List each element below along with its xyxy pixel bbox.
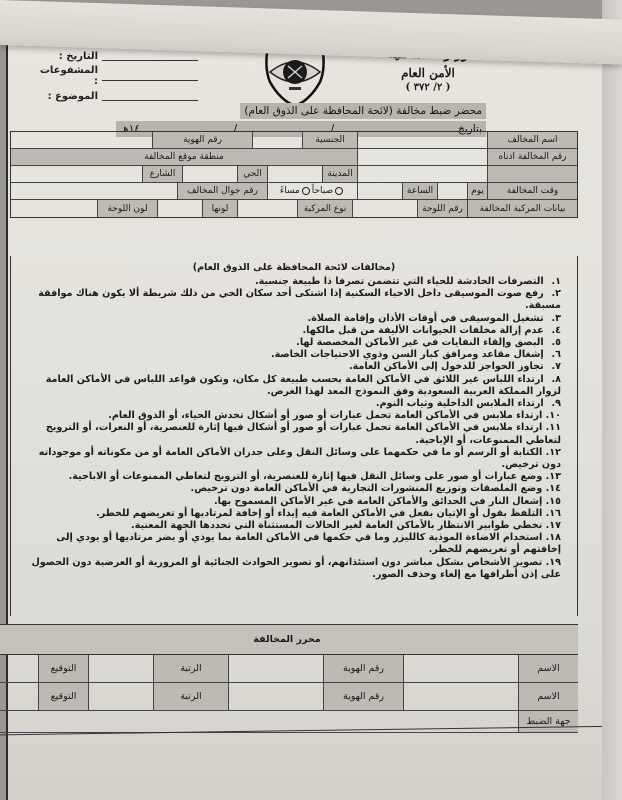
row-vehicle: بيانات المركبة المخالفة رقم اللوحة نوع ا… [11, 200, 577, 217]
officer-section-title: محرر المخالفة [0, 625, 578, 655]
date-label: التاريخ : [38, 51, 98, 62]
item-text: الكتابة أو الرسم أو ما في حكمهما على وسا… [39, 447, 561, 470]
violation-number-label: رقم المخالفة اذناه [487, 149, 577, 165]
violation-item: ٣. تشغيل الموسيقى في أوقات الأذان وإقامة… [19, 313, 561, 325]
row-name: اسم المخالف الجنسية رقم الهوية [11, 132, 577, 149]
officer-signature-label: التوقيع [38, 683, 88, 710]
officer-name-label: الاسم [518, 683, 578, 710]
officer-name-field[interactable] [403, 683, 518, 710]
item-text: وضع الملصقات وتوزيع المنشورات التجارية ف… [191, 483, 543, 494]
violation-item: ١١. ارتداء ملابس في الأماكن العامة تحمل … [19, 422, 561, 446]
violator-name-label: اسم المخالف [487, 132, 577, 148]
item-number: ٢. [547, 288, 561, 300]
city-label: المدينة [322, 166, 357, 182]
location-area-label: منطقة موقع المخالفة [11, 149, 357, 165]
item-text: ارتداء اللباس غير اللائق في الأماكن العا… [46, 374, 561, 397]
violation-number-field-cont[interactable] [357, 166, 487, 182]
item-text: البصق وإلقاء النفايات في غير الأماكن الم… [296, 337, 543, 348]
violation-item: ٨. ارتداء اللباس غير اللائق في الأماكن ا… [19, 374, 561, 398]
morning-radio[interactable] [335, 187, 343, 195]
item-number: ١٦. [546, 508, 561, 520]
subject-label: الموضوع : [38, 91, 98, 102]
violation-item: ١٦. التلفظ بقول أو الإتيان بفعل في الأما… [19, 508, 561, 520]
violation-item: ٢. رفع صوت الموسيقى داخل الاحياء السكنية… [19, 288, 561, 312]
officer-rank-field[interactable] [88, 683, 153, 710]
item-number: ٩. [547, 398, 561, 410]
item-text: تشغيل الموسيقى في أوقات الأذان وإقامة ال… [308, 313, 544, 324]
mobile-label: رقم جوال المخالف [177, 183, 267, 199]
item-text: وضع عبارات أو صور على وسائل النقل فيها إ… [69, 471, 543, 482]
attachments-line[interactable] [102, 71, 198, 81]
id-number-field[interactable] [11, 132, 152, 148]
item-text: إشعال النار في الحدائق والأماكن العامة ف… [214, 496, 542, 507]
evening-radio[interactable] [302, 187, 310, 195]
officer-id-field[interactable] [228, 655, 323, 682]
officer-signature-label: التوقيع [38, 655, 88, 682]
violation-number-label-cont [487, 166, 577, 182]
item-number: ٧. [547, 361, 561, 373]
violation-item: ١. التصرفات الخادشة للحياء التي تتضمن تص… [19, 276, 561, 288]
item-text: إشغال مقاعد ومرافق كبار السن وذوي الاحتي… [271, 349, 544, 360]
item-text: تصوير الأشخاص بشكل مباشر دون استئذانهم، … [31, 557, 561, 580]
violator-name-field[interactable] [357, 132, 487, 148]
vehicle-data-label: بيانات المركبة المخالفة [467, 200, 577, 217]
item-text: تخطي طوابير الانتظار بالأماكن العامة لغي… [131, 520, 542, 531]
officer-rank-field[interactable] [88, 655, 153, 682]
item-text: استخدام الاضاءة الموذية كالليزر وما في ح… [56, 532, 561, 555]
item-number: ١٤. [546, 483, 561, 495]
form-code: ( ٢/ ٣٧٢ ) [368, 82, 488, 93]
violation-item: ١٥. إشعال النار في الحدائق والأماكن العا… [19, 496, 561, 508]
nationality-label: الجنسية [302, 132, 357, 148]
district-field[interactable] [182, 166, 237, 182]
day-label: يوم [467, 183, 487, 199]
attachments-label: المشفوعات : [38, 65, 98, 87]
nationality-field[interactable] [252, 132, 302, 148]
header-meta-fields: التاريخ : المشفوعات : الموضوع : [38, 46, 198, 106]
violation-item: ١٩. تصوير الأشخاص بشكل مباشر دون استئذان… [19, 557, 561, 581]
item-number: ٣. [547, 313, 561, 325]
officer-id-field[interactable] [228, 683, 323, 710]
plate-number-field[interactable] [352, 200, 417, 217]
item-number: ١٣. [546, 471, 561, 483]
subject-line[interactable] [102, 91, 198, 101]
hour-label: الساعة [402, 183, 437, 199]
item-number: ١. [547, 276, 561, 288]
violations-section: (مخالفات لائحة المحافظة على الذوق العام)… [10, 256, 578, 616]
row-time: وقت المخالفة يوم الساعة صباحاً مساءً رقم… [11, 183, 577, 200]
item-text: ارتداء الملابس الداخلية وثياب النوم. [376, 398, 544, 409]
plate-color-label: لون اللوحة [97, 200, 157, 217]
violation-item: ١٠. ارتداء ملابس في الأماكن العامة تحمل … [19, 410, 561, 422]
mobile-field[interactable] [11, 183, 177, 199]
violation-number-field[interactable] [357, 149, 487, 165]
item-text: ارتداء ملابس في الأماكن العامة تحمل عبار… [46, 422, 561, 445]
violations-list: ١. التصرفات الخادشة للحياء التي تتضمن تص… [11, 276, 577, 581]
officer-name-label: الاسم [518, 655, 578, 682]
item-number: ٦. [547, 349, 561, 361]
attachments-field[interactable]: المشفوعات : [38, 66, 198, 86]
vehicle-color-field[interactable] [157, 200, 202, 217]
street-label: الشارع [142, 166, 182, 182]
officer-rank-label: الرتبة [153, 655, 228, 682]
row-location-area: رقم المخالفة اذناه منطقة موقع المخالفة [11, 149, 577, 166]
officer-signature-field[interactable] [0, 683, 38, 710]
plate-number-label: رقم اللوحة [417, 200, 467, 217]
item-number: ١٧. [546, 520, 561, 532]
violation-item: ١٨. استخدام الاضاءة الموذية كالليزر وما … [19, 532, 561, 556]
violation-item: ٧. تجاوز الحواجز للدخول إلى الأماكن العا… [19, 361, 561, 373]
violation-item: ٥. البصق وإلقاء النفايات في غير الأماكن … [19, 337, 561, 349]
item-number: ١٠. [546, 410, 561, 422]
vehicle-type-field[interactable] [237, 200, 297, 217]
item-text: التلفظ بقول أو الإتيان بفعل في الأماكن ا… [96, 508, 542, 519]
item-number: ٤. [547, 325, 561, 337]
plate-color-field[interactable] [11, 200, 97, 217]
violation-item: ٤. عدم إزالة مخلفات الحيوانات الأليفة من… [19, 325, 561, 337]
violation-item: ٩. ارتداء الملابس الداخلية وثياب النوم. [19, 398, 561, 410]
item-number: ١٥. [546, 496, 561, 508]
date-line[interactable] [102, 51, 198, 61]
violation-item: ١٤. وضع الملصقات وتوزيع المنشورات التجار… [19, 483, 561, 495]
item-text: التصرفات الخادشة للحياء التي تتضمن تصرفا… [255, 276, 544, 287]
violator-info-table: اسم المخالف الجنسية رقم الهوية رقم المخا… [10, 131, 578, 218]
officer-row: الاسم رقم الهوية الرتبة التوقيع [0, 655, 578, 683]
violation-item: ١٢. الكتابة أو الرسم أو ما في حكمهما على… [19, 447, 561, 471]
officer-name-field[interactable] [403, 655, 518, 682]
officer-id-label: رقم الهوية [323, 683, 403, 710]
violation-item: ١٧. تخطي طوابير الانتظار بالأماكن العامة… [19, 520, 561, 532]
violation-time-label: وقت المخالفة [487, 183, 577, 199]
street-field[interactable] [11, 166, 142, 182]
officer-signature-field[interactable] [0, 655, 38, 682]
department-name: الأمن العام [368, 66, 488, 80]
item-text: رفع صوت الموسيقى داخل الاحياء السكنية إذ… [38, 288, 561, 311]
vehicle-color-label: لونها [202, 200, 237, 217]
item-text: ارتداء ملابس في الأماكن العامة تحمل عبار… [108, 410, 542, 421]
item-number: ٥. [547, 337, 561, 349]
form-page: وزارة الداخلية الأمن العام ( ٢/ ٣٧٢ ) ال… [6, 28, 608, 800]
form-title-line1: محضر ضبط مخالفة (لائحة المحافظة على الذو… [240, 103, 486, 119]
violations-title: (مخالفات لائحة المحافظة على الذوق العام) [11, 262, 577, 273]
officer-row: الاسم رقم الهوية الرتبة التوقيع [0, 683, 578, 711]
city-field[interactable] [267, 166, 322, 182]
row-location: المدينة الحي الشارع [11, 166, 577, 183]
item-text: عدم إزالة مخلفات الحيوانات الأليفة من قب… [303, 325, 544, 336]
officer-section: محرر المخالفة الاسم رقم الهوية الرتبة ال… [0, 624, 578, 733]
morning-label: صباحاً [312, 186, 333, 196]
officer-id-label: رقم الهوية [323, 655, 403, 682]
item-number: ١٩. [546, 557, 561, 569]
violation-item: ٦. إشغال مقاعد ومرافق كبار السن وذوي الا… [19, 349, 561, 361]
officer-rank-label: الرتبة [153, 683, 228, 710]
evening-label: مساءً [280, 186, 300, 196]
item-number: ١٨. [546, 532, 561, 544]
day-field[interactable] [437, 183, 467, 199]
district-label: الحي [237, 166, 267, 182]
item-number: ٨. [547, 374, 561, 386]
item-number: ١٢. [546, 447, 561, 459]
seizure-authority-label: جهة الضبط [518, 711, 578, 732]
item-number: ١١. [546, 422, 561, 434]
hour-field[interactable] [357, 183, 402, 199]
stacked-page-edge [602, 0, 622, 800]
vehicle-type-label: نوع المركبة [297, 200, 352, 217]
violation-item: ١٣. وضع عبارات أو صور على وسائل النقل في… [19, 471, 561, 483]
id-number-label: رقم الهوية [152, 132, 252, 148]
am-pm-radio-group: صباحاً مساءً [267, 183, 357, 199]
item-text: تجاوز الحواجز للدخول إلى الأماكن العامة. [349, 361, 544, 372]
